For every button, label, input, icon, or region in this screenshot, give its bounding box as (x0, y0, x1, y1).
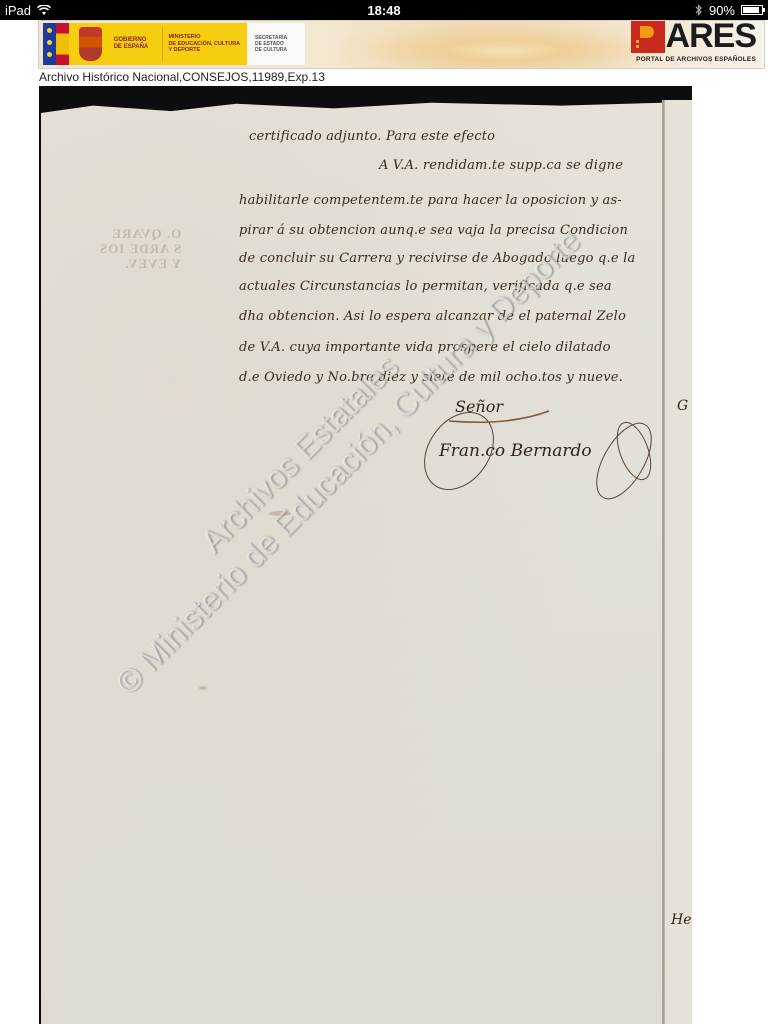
battery-percent: 90% (709, 3, 735, 18)
adjacent-page-edge (665, 100, 692, 1024)
signature-flourish-icon (419, 391, 659, 511)
bleed-through-text: O. QVARE S ARDE IOS Y EVEV. (99, 226, 181, 271)
clock: 18:48 (0, 3, 768, 18)
bleed-line: S ARDE IOS (99, 241, 181, 256)
pares-logo[interactable]: ARES (631, 21, 756, 55)
margin-note: He (671, 912, 692, 928)
gov-line2: DE ESPAÑA (114, 44, 156, 51)
wifi-icon (37, 5, 51, 16)
hand-line: A V.A. rendidam.te supp.ca se digne (379, 158, 623, 173)
status-bar: iPad 18:48 90% (0, 0, 768, 20)
secretaria-line3: DE CULTURA (255, 47, 287, 53)
page-fold (662, 100, 665, 1024)
divider (162, 27, 163, 61)
bleed-line: O. QVARE (99, 226, 181, 241)
pares-banner[interactable]: GOBIERNO DE ESPAÑA MINISTERIO DE EDUCACI… (38, 20, 765, 69)
bleed-line: Y EVEV. (99, 256, 181, 271)
government-logo: GOBIERNO DE ESPAÑA MINISTERIO DE EDUCACI… (69, 23, 247, 65)
ministry-line3: Y DEPORTE (168, 47, 247, 54)
margin-note: G (677, 398, 688, 414)
secretaria-logo: SECRETARÍA DE ESTADO DE CULTURA (247, 23, 305, 65)
eu-spain-flag-icon (43, 23, 69, 65)
pares-p-icon (631, 21, 665, 53)
signature-block: Señor Fran.co Bernardo (419, 391, 659, 511)
pares-subtitle: PORTAL DE ARCHIVOS ESPAÑOLES (636, 56, 756, 63)
document-image[interactable]: O. QVARE S ARDE IOS Y EVEV. certificado … (39, 86, 692, 1024)
document-reference-caption: Archivo Histórico Nacional,CONSEJOS,1198… (39, 70, 325, 84)
device-label: iPad (5, 3, 31, 18)
ink-stain (199, 686, 207, 690)
pares-logo-text: ARES (666, 21, 756, 51)
coat-of-arms-icon (79, 27, 102, 61)
hand-line: habilitarle competentem.te para hacer la… (239, 193, 622, 208)
banner-background-graphic (339, 21, 639, 69)
bluetooth-icon (695, 4, 703, 16)
gov-line1: GOBIERNO (114, 37, 156, 44)
battery-icon (741, 5, 763, 15)
hand-line: certificado adjunto. Para este efecto (249, 129, 495, 144)
